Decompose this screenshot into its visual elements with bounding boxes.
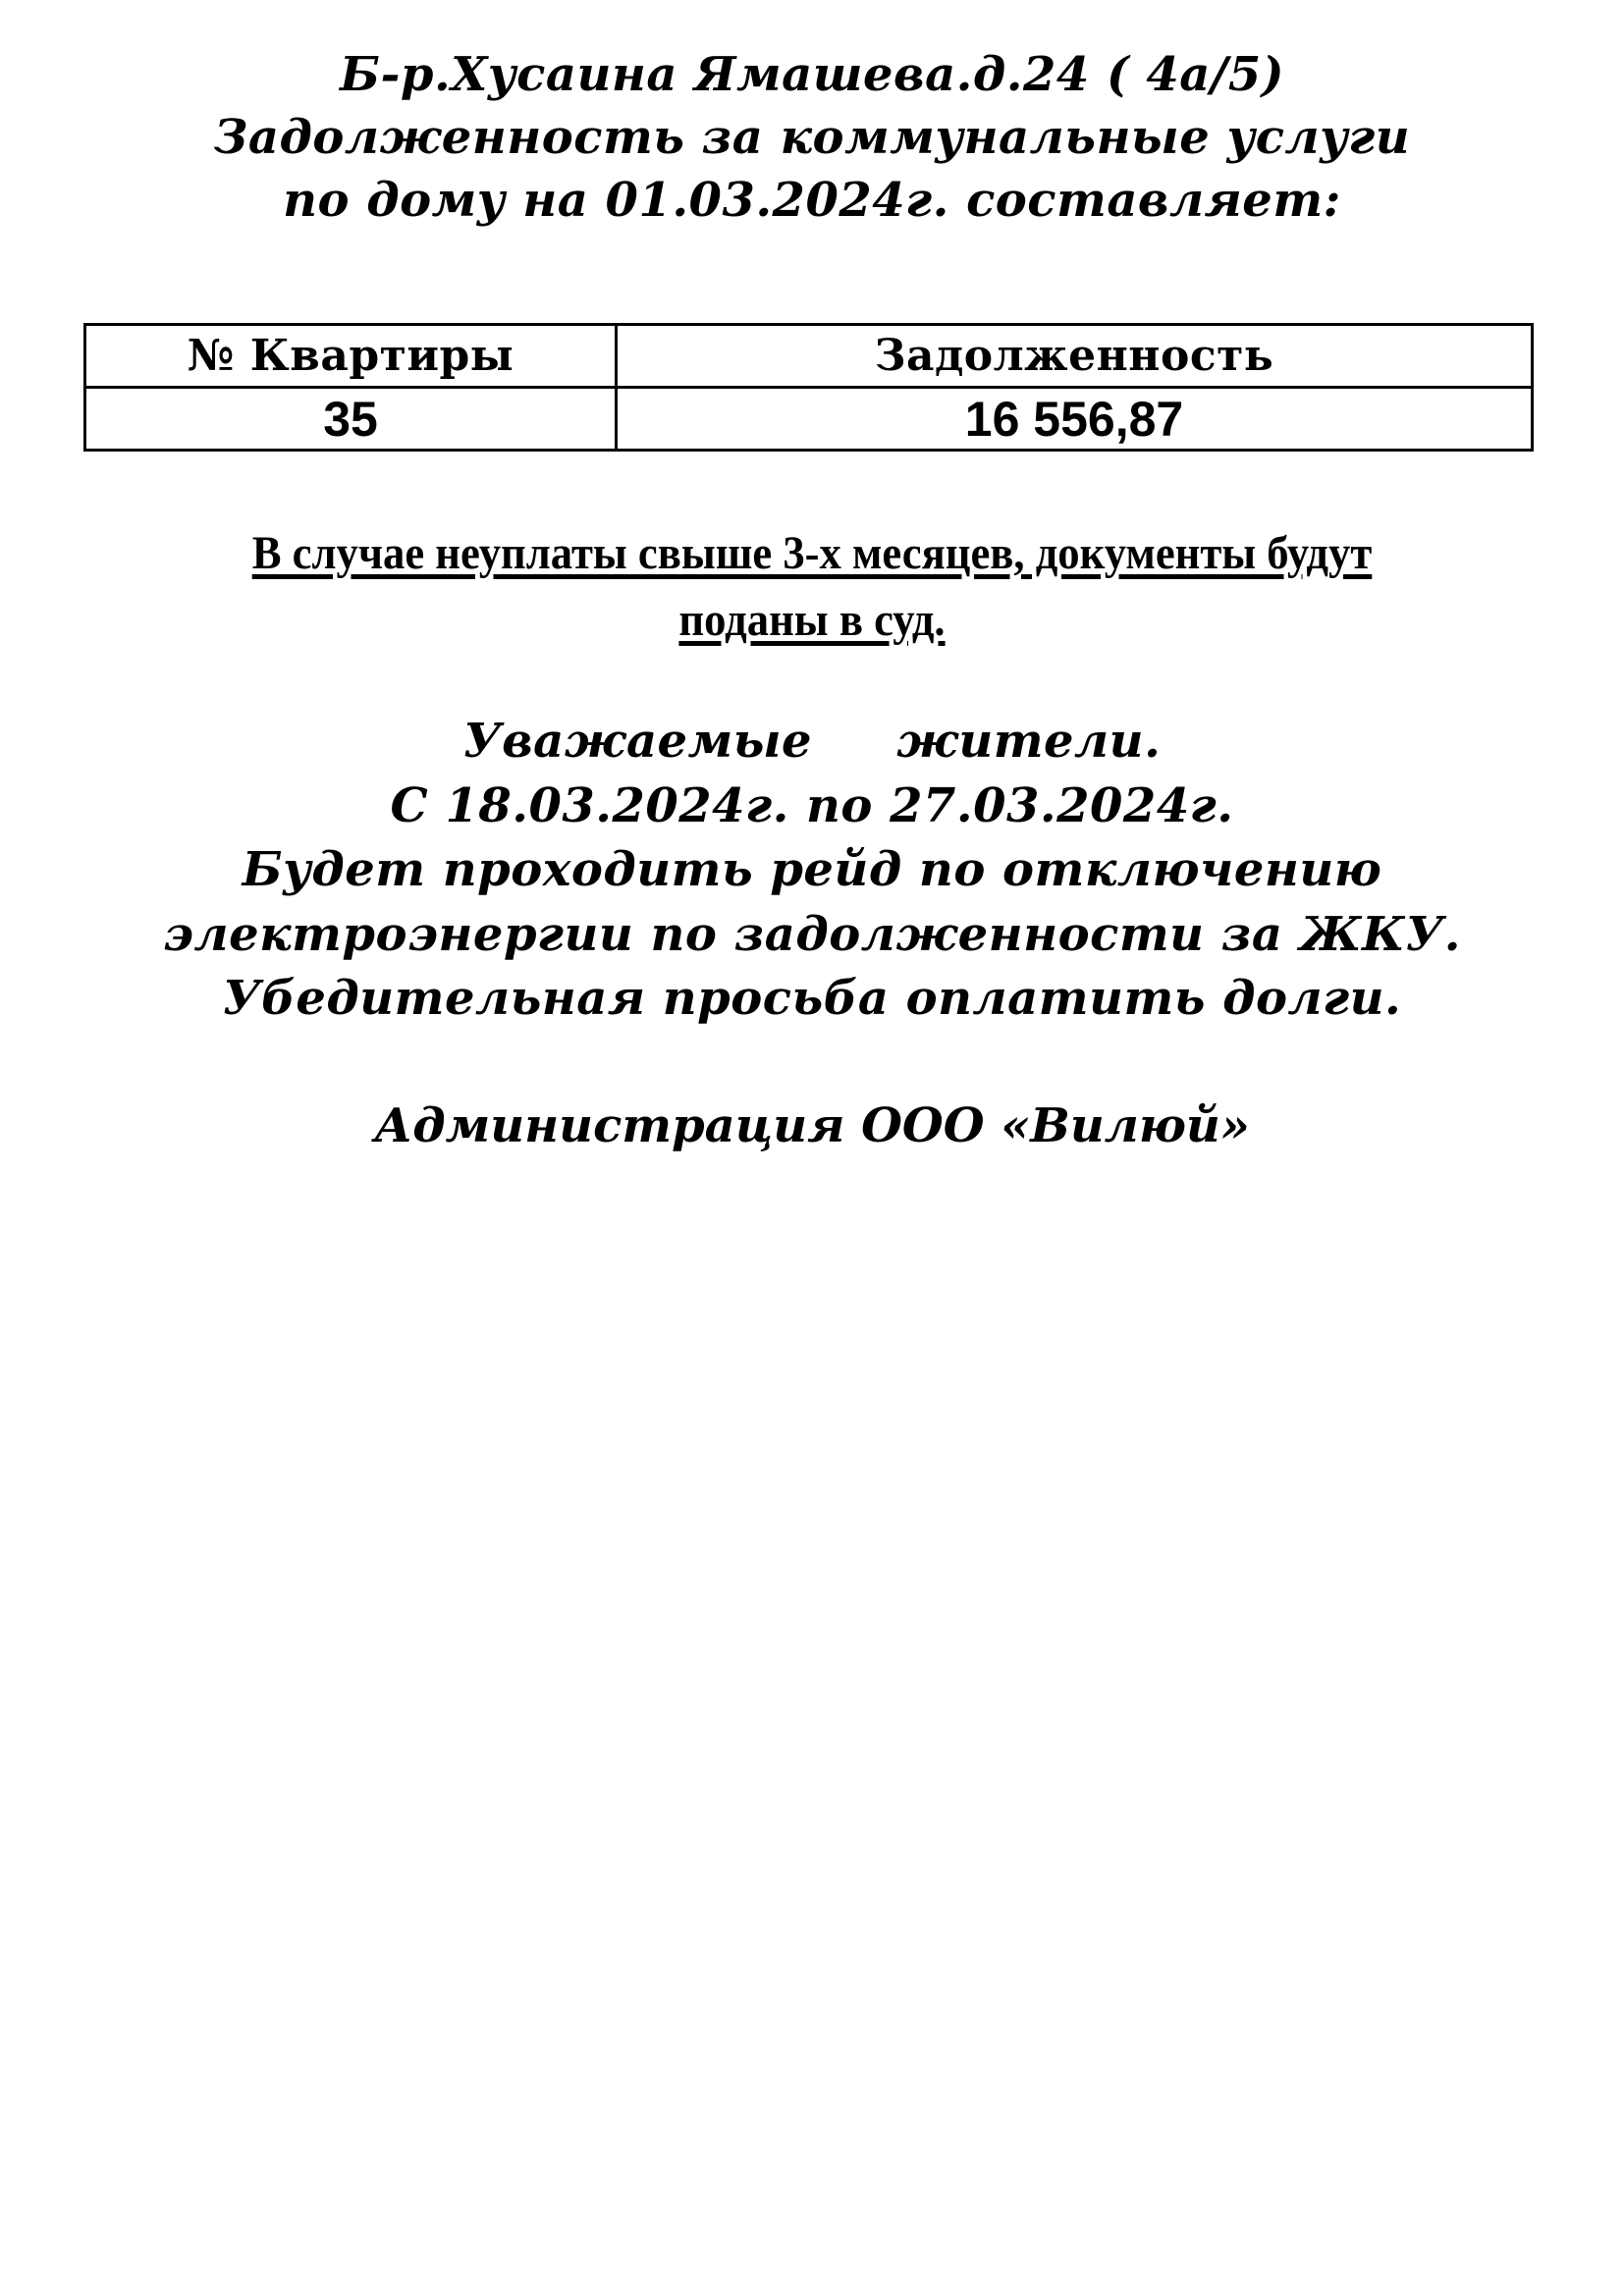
title-subject: Задолженность за коммунальные услуги	[0, 106, 1624, 169]
debt-table: № Квартиры Задолженность 35 16 556,87	[83, 323, 1534, 452]
announcement-request: Убедительная просьба оплатить долги.	[0, 967, 1624, 1032]
notice-line-2: поданы в суд.	[678, 587, 945, 654]
disconnection-announcement: Уважаемые жители. С 18.03.2024г. по 27.0…	[0, 710, 1624, 1032]
document-title: Б-р.Хусаина Ямашева.д.24 ( 4а/5) Задолже…	[0, 43, 1624, 232]
column-header-debt: Задолженность	[617, 325, 1533, 388]
table-header-row: № Квартиры Задолженность	[85, 325, 1533, 388]
announcement-dates: С 18.03.2024г. по 27.03.2024г.	[0, 774, 1624, 839]
announcement-greeting: Уважаемые жители.	[0, 710, 1624, 774]
court-warning-notice: В случае неуплаты свыше 3-х месяцев, док…	[57, 520, 1567, 654]
table-row: 35 16 556,87	[85, 388, 1533, 451]
document-page: Б-р.Хусаина Ямашева.д.24 ( 4а/5) Задолже…	[0, 0, 1624, 2296]
cell-debt-amount: 16 556,87	[617, 388, 1533, 451]
title-date: по дому на 01.03.2024г. составляет:	[0, 169, 1624, 232]
cell-apartment-number: 35	[85, 388, 617, 451]
notice-line-1: В случае неуплаты свыше 3-х месяцев, док…	[252, 520, 1373, 587]
announcement-line-3: Будет проходить рейд по отключению	[0, 838, 1624, 903]
title-address: Б-р.Хусаина Ямашева.д.24 ( 4а/5)	[0, 43, 1624, 106]
column-header-apartment: № Квартиры	[85, 325, 617, 388]
announcement-line-4: электроэнергии по задолженности за ЖКУ.	[0, 903, 1624, 968]
signature: Администрация ООО «Вилюй»	[0, 1095, 1624, 1157]
